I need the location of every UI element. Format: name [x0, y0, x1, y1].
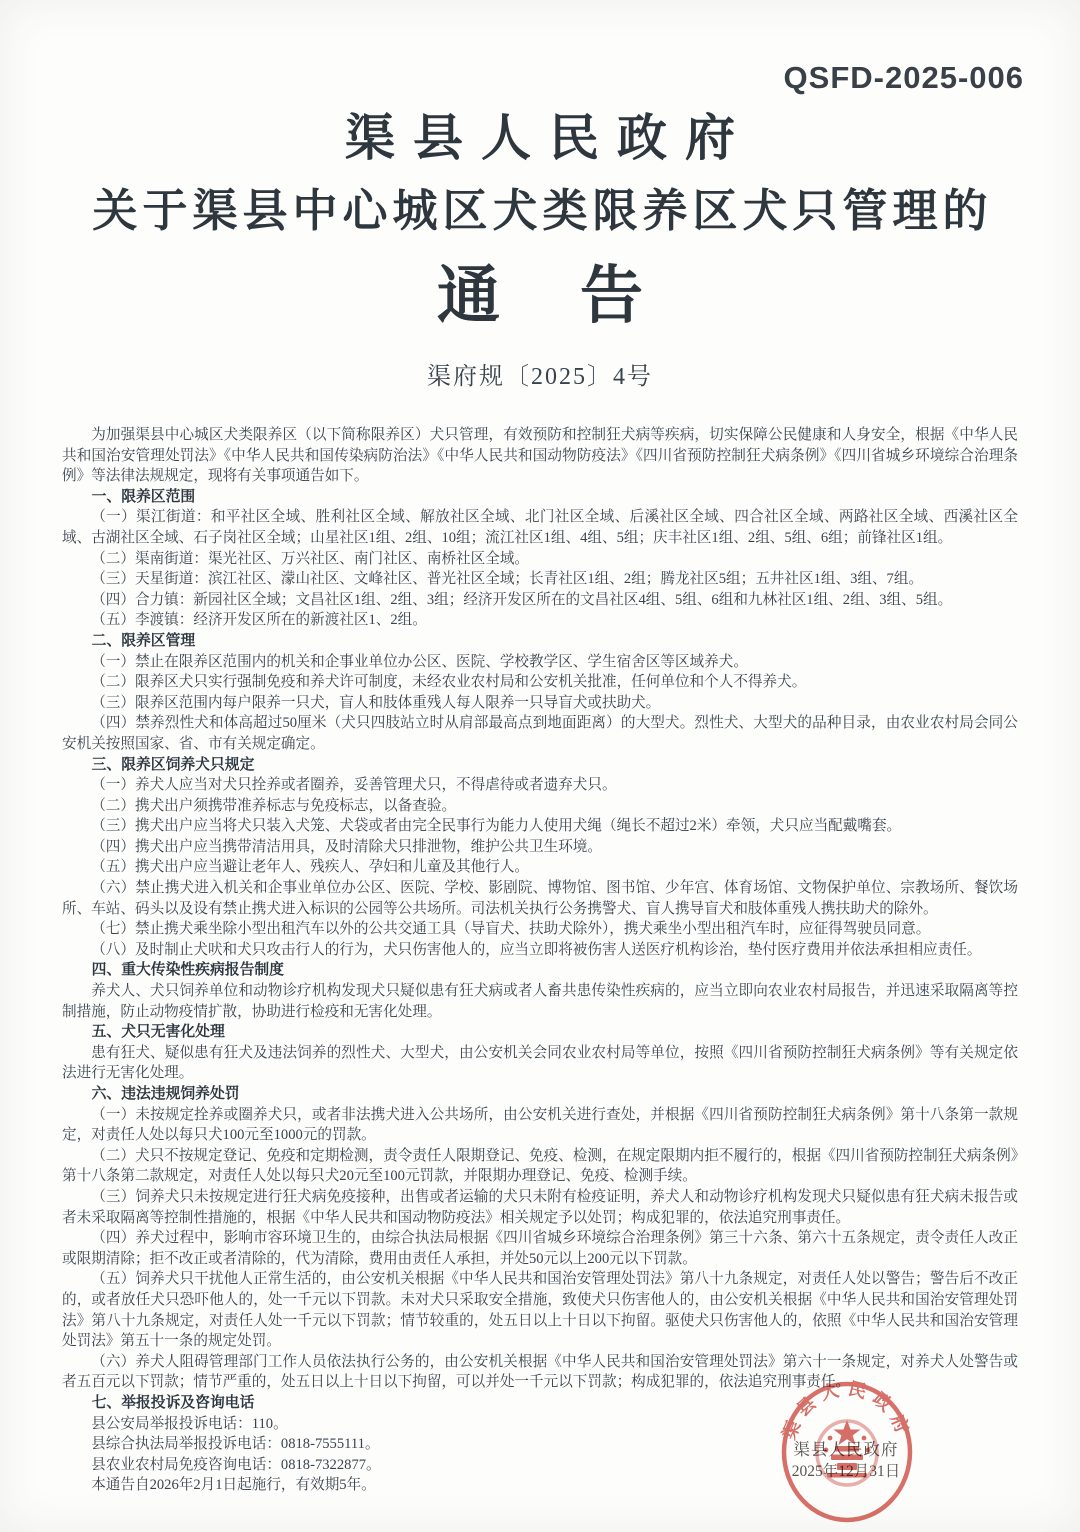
- doc-number: QSFD-2025-006: [0, 0, 1080, 96]
- paragraph: （四）养犬过程中，影响市容环境卫生的，由综合执法局根据《四川省城乡环境综合治理条…: [62, 1228, 1018, 1269]
- notice-body: 为加强渠县中心城区犬类限养区（以下简称限养区）犬只管理，有效预防和控制狂犬病等疾…: [62, 425, 1018, 1496]
- emblem-star-cluster: [817, 1420, 877, 1485]
- paragraph: （二）渠南街道：渠光社区、万兴社区、南门社区、南桥社区全域。: [62, 549, 1018, 570]
- paragraph: （六）禁止携犬进入机关和企事业单位办公区、医院、学校、影剧院、博物馆、图书馆、少…: [62, 878, 1018, 919]
- section-3-heading: 三、限养区饲养犬只规定: [62, 755, 1018, 776]
- paragraph: （一）未按规定拴养或圈养犬只，或者非法携犬进入公共场所，由公安机关进行查处，并根…: [62, 1105, 1018, 1146]
- notice-type-title: 通告: [0, 245, 1080, 336]
- paragraph: （三）天星街道：滨江社区、濛山社区、文峰社区、普光社区全域；长青社区1组、2组；…: [62, 569, 1018, 590]
- paragraph: （三）携犬出户应当将犬只装入犬笼、犬袋或者由完全民事行为能力人使用犬绳（绳长不超…: [62, 816, 1018, 837]
- paragraph: （二）携犬出户须携带准养标志与免疫标志，以备查验。: [62, 796, 1018, 817]
- paragraph: 患有狂犬、疑似患有狂犬及违法饲养的烈性犬、大型犬，由公安机关会同农业农村局等单位…: [62, 1043, 1018, 1084]
- subject-title: 关于渠县中心城区犬类限养区犬只管理的: [0, 174, 1080, 239]
- section-4-heading: 四、重大传染性疾病报告制度: [62, 960, 1018, 981]
- paragraph: （五）携犬出户应当避让老年人、残疾人、孕妇和儿童及其他行人。: [62, 857, 1018, 878]
- paragraph: （四）携犬出户应当携带清洁用具，及时清除犬只排泄物，维护公共卫生环境。: [62, 837, 1018, 858]
- paragraph: （四）合力镇：新园社区全域；文昌社区1组、2组、3组；经济开发区所在的文昌社区4…: [62, 590, 1018, 611]
- section-1-heading: 一、限养区范围: [62, 487, 1018, 508]
- paragraph: （二）限养区犬只实行强制免疫和养犬许可制度，未经农业农村局和公安机关批准，任何单…: [62, 672, 1018, 693]
- notice-document: QSFD-2025-006 渠县人民政府 关于渠县中心城区犬类限养区犬只管理的 …: [0, 0, 1080, 1532]
- paragraph: （一）养犬人应当对犬只拴养或者圈养，妥善管理犬只，不得虐待或者遗弃犬只。: [62, 775, 1018, 796]
- paragraph: （一）禁止在限养区范围内的机关和企事业单位办公区、医院、学校教学区、学生宿舍区等…: [62, 652, 1018, 673]
- paragraph: （五）李渡镇：经济开发区所在的新渡社区1、2组。: [62, 610, 1018, 631]
- paragraph: 养犬人、犬只饲养单位和动物诊疗机构发现犬只疑似患有狂犬病或者人畜共患传染性疾病的…: [62, 981, 1018, 1022]
- paragraph: （一）渠江街道：和平社区全域、胜利社区全域、解放社区全域、北门社区全域、后溪社区…: [62, 507, 1018, 548]
- paragraph: （七）禁止携犬乘坐除小型出租汽车以外的公共交通工具（导盲犬、扶助犬除外），携犬乘…: [62, 919, 1018, 940]
- doc-reference-number: 渠府规〔2025〕4号: [0, 356, 1080, 391]
- paragraph: （三）限养区范围内每户限养一只犬，盲人和肢体重残人每人限养一只导盲犬或扶助犬。: [62, 693, 1018, 714]
- paragraph: （八）及时制止犬吠和犬只攻击行人的行为，犬只伤害他人的，应当立即将被伤害人送医疗…: [62, 940, 1018, 961]
- section-2-heading: 二、限养区管理: [62, 631, 1018, 652]
- government-seal-icon: 渠县人民政府: [777, 1378, 919, 1532]
- intro-paragraph: 为加强渠县中心城区犬类限养区（以下简称限养区）犬只管理，有效预防和控制狂犬病等疾…: [62, 425, 1018, 487]
- issuer-title: 渠县人民政府: [0, 98, 1080, 170]
- paragraph: （二）犬只不按规定登记、免疫和定期检测，责令责任人限期登记、免疫、检测，在规定限…: [62, 1146, 1018, 1187]
- paragraph: （五）饲养犬只干扰他人正常生活的，由公安机关根据《中华人民共和国治安管理处罚法》…: [62, 1269, 1018, 1351]
- paragraph: （四）禁养烈性犬和体高超过50厘米（犬只四肢站立时从肩部最高点到地面距离）的大型…: [62, 713, 1018, 754]
- paragraph: （三）饲养犬只未按规定进行狂犬病免疫接种，出售或者运输的犬只未附有检疫证明，养犬…: [62, 1187, 1018, 1228]
- section-5-heading: 五、犬只无害化处理: [62, 1022, 1018, 1043]
- section-6-heading: 六、违法违规饲养处罚: [62, 1084, 1018, 1105]
